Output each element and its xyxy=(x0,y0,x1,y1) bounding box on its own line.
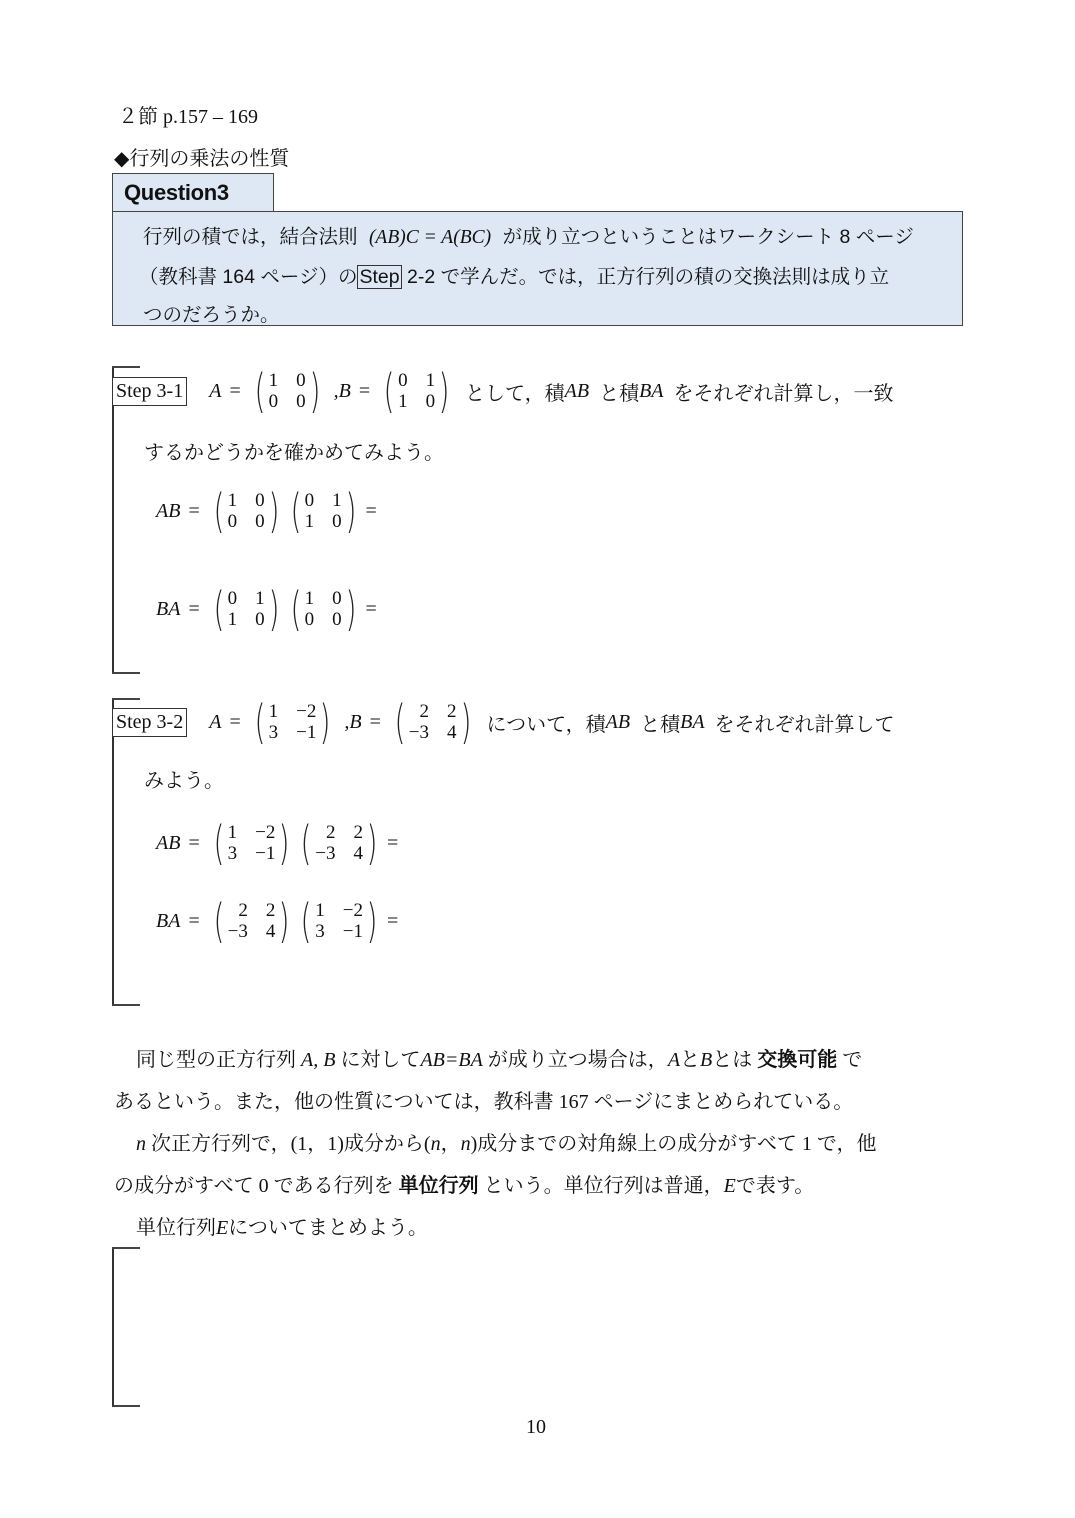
identity-summary-bracket xyxy=(112,1247,154,1407)
step32-instruction: みよう。 xyxy=(144,764,224,793)
question-tab: Question3 xyxy=(112,173,274,211)
associative-formula: (AB)C = A(BC) xyxy=(369,227,491,248)
step31-matrix-a: ( 1000 ) xyxy=(251,368,324,414)
body-line-5: 単位行列Eについてまとめよう。 xyxy=(114,1207,974,1249)
step31-eq-ba: BA = (0110) (1000) = xyxy=(156,586,377,632)
step31-label: Step 3-1 xyxy=(112,377,187,406)
commutative-paragraph: 同じ型の正方行列 A, B に対してAB=BA が成り立つ場合は，AとBとは 交… xyxy=(114,1039,974,1249)
body-line-3: n 次正方行列で，(1，1)成分から(n，n)成分までの対角線上の成分がすべて … xyxy=(114,1123,974,1165)
step32-label: Step 3-2 xyxy=(112,708,187,737)
body-line-2: あるという。また，他の性質については，教科書 167 ページにまとめられている。 xyxy=(114,1081,974,1123)
step32-matrix-b: ( 22−34 ) xyxy=(391,699,475,745)
page-number: 10 xyxy=(526,1416,546,1439)
question-line-2: （教科書 164 ページ）のStep 2-2 で学んだ。では，正方行列の積の交換… xyxy=(139,258,962,297)
question-box: 行列の積では，結合法則 (AB)C = A(BC) が成り立つということはワーク… xyxy=(112,211,963,326)
step-ref-box: Step xyxy=(357,265,401,289)
section-heading: ２節 p.157 – 169 xyxy=(118,100,258,129)
topic-heading: ◆行列の乗法の性質 xyxy=(114,142,289,171)
question-line-3: つのだろうか。 xyxy=(143,296,962,335)
step32-eq-ab: AB = (1−23−1) (22−34) = xyxy=(156,820,398,866)
term-commutable: 交換可能 xyxy=(757,1049,837,1071)
term-identity-matrix: 単位行列 xyxy=(399,1175,479,1197)
step32-matrix-a: ( 1−23−1 ) xyxy=(251,699,335,745)
step32-header: Step 3-2 A = ( 1−23−1 ) ,B = ( 22−34 ) に… xyxy=(112,699,895,745)
step31-instruction: するかどうかを確かめてみよう。 xyxy=(144,436,444,465)
step32-eq-ba: BA = (22−34) (1−23−1) = xyxy=(156,898,398,944)
question-line-1: 行列の積では，結合法則 (AB)C = A(BC) が成り立つということはワーク… xyxy=(143,218,962,258)
step31-matrix-b: ( 0110 ) xyxy=(380,368,453,414)
step31-header: Step 3-1 A = ( 1000 ) ,B = ( 0110 ) として，… xyxy=(112,368,894,414)
body-line-1: 同じ型の正方行列 A, B に対してAB=BA が成り立つ場合は，AとBとは 交… xyxy=(114,1039,974,1081)
body-line-4: の成分がすべて 0 である行列を 単位行列 という。単位行列は普通，Eで表す。 xyxy=(114,1165,974,1207)
step31-eq-ab: AB = (1000) (0110) = xyxy=(156,488,377,534)
